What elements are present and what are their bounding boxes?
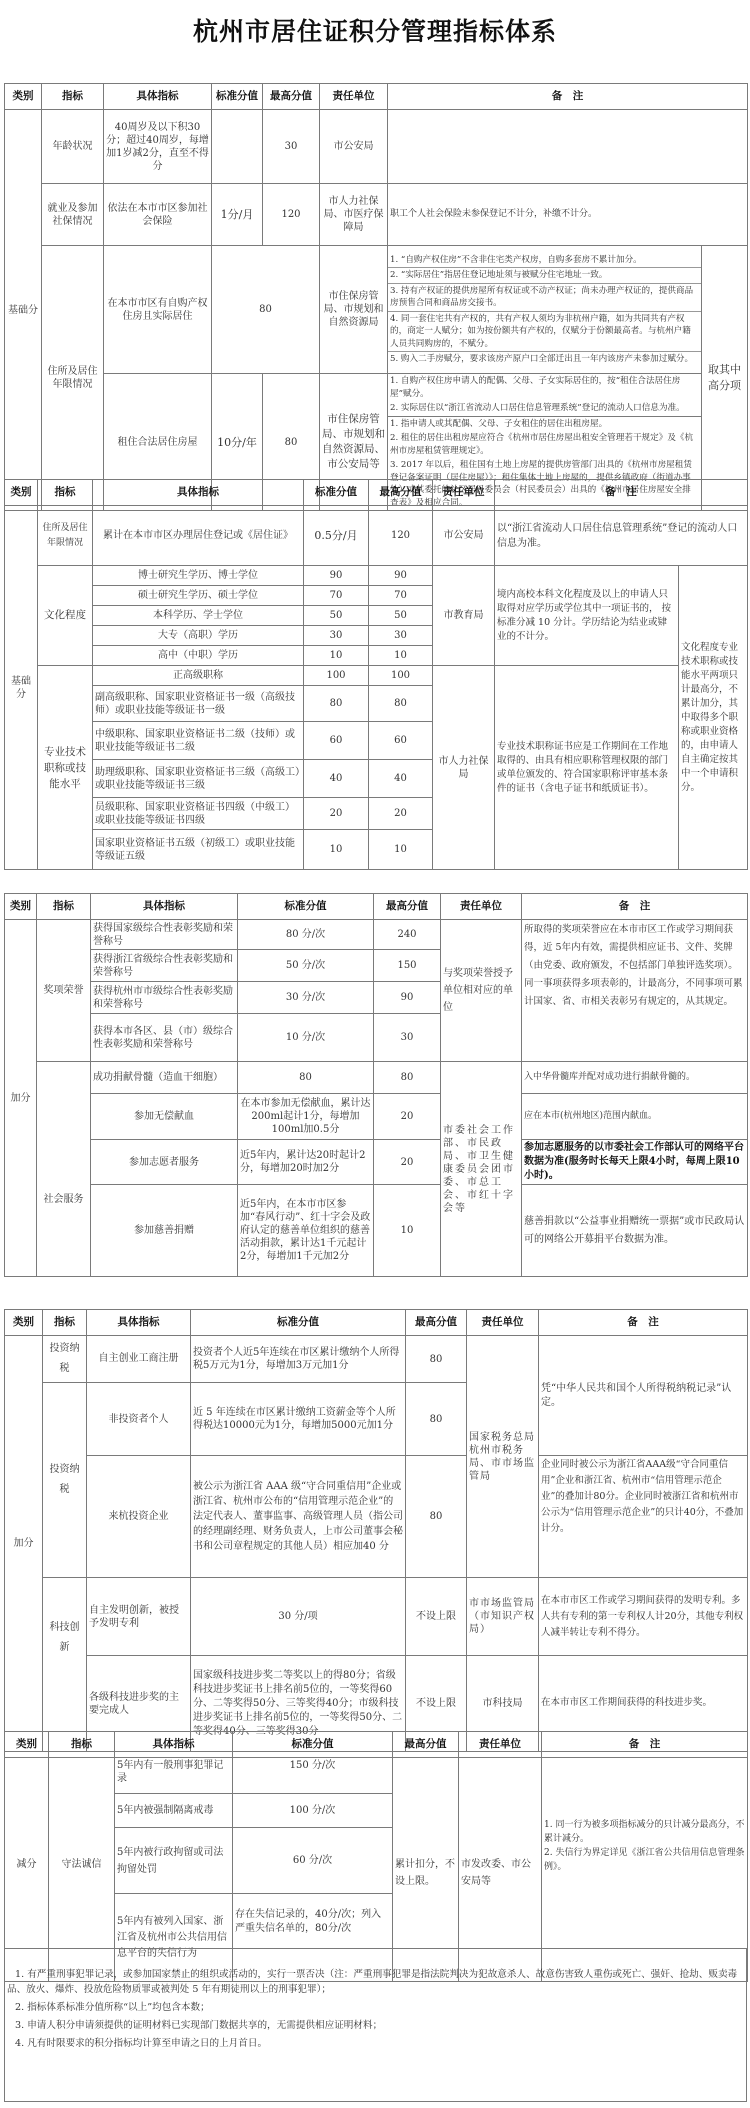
max-cell: 40	[369, 760, 433, 798]
specific-cell: 5年内有一般刑事犯罪记录	[115, 1758, 233, 1794]
standard-cell: 30	[304, 626, 369, 646]
unit-cell: 市教育局	[433, 566, 495, 666]
page-title: 杭州市居住证积分管理指标体系	[0, 12, 750, 48]
footer-note-1: 1. 有严重刑事犯罪记录，或参加国家禁止的组织或活动的，实行一票否决（注：严重刑…	[7, 1967, 744, 1997]
standard-cell: 在本市参加无偿献血，累计达200ml起计1分，每增加100ml加0.5分	[238, 1094, 374, 1140]
max-cell: 150	[374, 950, 441, 982]
specific-cell: 高中（中职）学历	[93, 646, 304, 666]
standard-cell: 40	[304, 760, 369, 798]
specific-cell: 员级职称、国家职业资格证书四级（中级工）或职业技能等级证书四级	[93, 798, 304, 830]
max-cell: 30	[374, 1014, 441, 1062]
max-cell: 80	[406, 1383, 467, 1456]
max-cell: 10	[369, 830, 433, 870]
standard-cell: 50 分/次	[238, 950, 374, 982]
specific-cell: 获得本市各区、县（市）级综合性表彰奖励和荣誉称号	[91, 1014, 238, 1062]
note-item: 4. 同一套住宅共有产权的，共有产权人须均为非杭州户籍，如为共同共有产权的，商定…	[388, 312, 701, 353]
note-item: 2. “实际居住”指居住登记地址须与被赋分住宅地址一致。	[388, 268, 701, 284]
category-cell: 加分	[5, 920, 37, 1277]
standard-cell: 80 分/次	[238, 920, 374, 950]
header-notes: 备 注	[522, 894, 748, 920]
max-cell: 20	[374, 1094, 441, 1140]
header-notes: 备 注	[542, 1732, 748, 1758]
side-note-cell: 取其中高分项	[702, 246, 748, 511]
header-indicator: 指标	[37, 894, 91, 920]
specific-cell: 大专（高职）学历	[93, 626, 304, 646]
notes-cell: 1. 自购产权住房申请人的配偶、父母、子女实际居住的，按“租住合法居住房屋”赋分…	[388, 374, 702, 417]
standard-cell: 近5年内，累计达20时起计2分，每增加20时加2分	[238, 1140, 374, 1185]
specific-cell: 自主创业工商注册	[87, 1336, 191, 1383]
header-unit: 责任单位	[441, 894, 522, 920]
standard-cell: 近5年内，在本市市区参加“春风行动”、红十字会及政府认定的慈善单位组织的慈善活动…	[238, 1185, 374, 1277]
header-unit: 责任单位	[320, 84, 388, 110]
max-cell: 80	[406, 1336, 467, 1383]
specific-cell: 在本市市区有自购产权住房且实际居住	[104, 246, 212, 374]
max-cell: 240	[374, 920, 441, 950]
note-item: 1. 指申请人或其配偶、父母、子女租住的居住出租房屋。	[388, 417, 701, 432]
specific-cell: 硕士研究生学历、硕士学位	[93, 586, 304, 606]
standard-max-cell: 80	[212, 246, 320, 374]
table-header-row: 类别 指标 具体指标 标准分值 最高分值 责任单位 备 注	[5, 894, 748, 920]
table-row: 参加无偿献血 在本市参加无偿献血，累计达200ml起计1分，每增加100ml加0…	[5, 1094, 748, 1140]
max-cell: 20	[369, 798, 433, 830]
header-notes: 备 注	[495, 480, 748, 506]
max-cell: 70	[369, 586, 433, 606]
max-cell: 60	[369, 722, 433, 760]
notes-cell: 应在本市(杭州地区)范围内献血。	[522, 1094, 748, 1140]
standard-cell: 近 5 年连续在市区累计缴纳工资薪金等个人所得税达10000元为1分，每增加50…	[191, 1383, 406, 1456]
category-cell: 基础分	[5, 110, 42, 511]
table-row: 科技创新 自主发明创新，被授予发明专利 30 分/项 不设上限 市市场监管局（市…	[5, 1578, 748, 1656]
header-standard: 标准分值	[233, 1732, 393, 1758]
indicator-cell: 科技创新	[43, 1578, 87, 1752]
header-standard: 标准分值	[238, 894, 374, 920]
indicator-cell: 投资纳税	[43, 1336, 87, 1383]
table-row: 就业及参加社保情况 依法在本市市区参加社会保险 1分/月 120 市人力社保局、…	[5, 184, 748, 246]
indicator-cell: 住所及居住年限情况	[38, 506, 93, 566]
standard-cell: 70	[304, 586, 369, 606]
standard-cell: 100 分/次	[233, 1794, 393, 1828]
table-row: 租住合法居住房屋 10分/年 80 市住保房管局、市规划和自然资源局、市公安局等…	[5, 374, 748, 417]
header-max: 最高分值	[369, 480, 433, 506]
notes-cell: 参加志愿服务的以市委社会工作部认可的网络平台数据为准(服务时长每天上限4小时，每…	[522, 1140, 748, 1185]
specific-cell: 累计在本市市区办理居住登记或《居住证》	[93, 506, 304, 566]
specific-cell: 参加慈善捐赠	[91, 1185, 238, 1277]
table-row: 基础分 年龄状况 40周岁及以下积30分；超过40周岁，每增加1岁减2分，直至不…	[5, 110, 748, 184]
max-cell: 30	[263, 110, 320, 184]
table-row: 社会服务 成功捐献骨髓（造血干细胞） 80 80 市委社会工作部、市民政局、市卫…	[5, 1062, 748, 1094]
notes-cell: 企业同时被公示为浙江省AAA级“守合同重信用”企业和浙江省、杭州市“信用管理示范…	[539, 1456, 748, 1578]
specific-cell: 博士研究生学历、博士学位	[93, 566, 304, 586]
header-indicator: 指标	[43, 1310, 87, 1336]
standard-cell: 20	[304, 798, 369, 830]
specific-cell: 中级职称、国家职业资格证书二级（技师）或职业技能等级证书二级	[93, 722, 304, 760]
max-cell: 50	[369, 606, 433, 626]
standard-cell: 50	[304, 606, 369, 626]
note-item: 1. “自购产权住房”不含非住宅类产权房，自购多套房不累计加分。	[388, 253, 701, 269]
header-unit: 责任单位	[467, 1310, 539, 1336]
unit-cell: 市委社会工作部、市民政局、市卫生健康委员会团市委、市总工会、市红十字会等	[441, 1062, 522, 1277]
table-row: 加分 奖项荣誉 获得国家级综合性表彰奖励和荣誉称号 80 分/次 240 与奖项…	[5, 920, 748, 950]
indicator-cell: 奖项荣誉	[37, 920, 91, 1062]
table-header-row: 类别 指标 具体指标 标准分值 最高分值 责任单位 备 注	[5, 480, 748, 506]
max-cell: 30	[369, 626, 433, 646]
header-max: 最高分值	[393, 1732, 459, 1758]
max-cell: 80	[406, 1456, 467, 1578]
notes-cell: 在本市市区工作或学习期间获得的发明专利。多人共有专利的第一专利权人计20分，其他…	[539, 1578, 748, 1656]
header-notes: 备 注	[388, 84, 748, 110]
header-specific: 具体指标	[115, 1732, 233, 1758]
max-cell: 不设上限	[406, 1578, 467, 1656]
unit-cell: 市公安局	[433, 506, 495, 566]
table-header-row: 类别 指标 具体指标 标准分值 最高分值 责任单位 备 注	[5, 1310, 748, 1336]
standard-cell: 80	[304, 686, 369, 722]
specific-cell: 依法在本市市区参加社会保险	[104, 184, 212, 246]
header-specific: 具体指标	[93, 480, 304, 506]
notes-cell: 凭“中华人民共和国个人所得税纳税记录”认定。	[539, 1336, 748, 1456]
header-max: 最高分值	[263, 84, 320, 110]
standard-cell: 0.5分/月	[304, 506, 369, 566]
header-indicator: 指标	[42, 84, 104, 110]
specific-cell: 成功捐献骨髓（造血干细胞）	[91, 1062, 238, 1094]
header-max: 最高分值	[406, 1310, 467, 1336]
notes-cell: 专业技术职称证书应是工作期间在工作地取得的、由具有相应职称管理权限的部门或单位颁…	[495, 666, 679, 870]
header-max: 最高分值	[374, 894, 441, 920]
specific-cell: 本科学历、学士学位	[93, 606, 304, 626]
table-row: 减分 守法诚信 5年内有一般刑事犯罪记录 150 分/次 累计扣分，不设上限。 …	[5, 1758, 748, 1794]
specific-cell: 5年内被强制隔离戒毒	[115, 1794, 233, 1828]
specific-cell: 参加志愿者服务	[91, 1140, 238, 1185]
unit-cell: 与奖项荣誉授予单位相对应的单位	[441, 920, 522, 1062]
indicator-cell: 投资纳税	[43, 1383, 87, 1578]
table-row: 加分 投资纳税 自主创业工商注册 投资者个人近5年连续在市区累计缴纳个人所得税5…	[5, 1336, 748, 1383]
header-specific: 具体指标	[91, 894, 238, 920]
table-row: 参加志愿者服务 近5年内，累计达20时起计2分，每增加20时加2分 20 参加志…	[5, 1140, 748, 1185]
table-row: 专业技术职称或技能水平 正高级职称 100 100 市人力社保局 专业技术职称证…	[5, 666, 748, 686]
max-cell: 90	[374, 982, 441, 1014]
header-unit: 责任单位	[433, 480, 495, 506]
specific-cell: 5年内被行政拘留或司法拘留处罚	[115, 1828, 233, 1894]
max-cell: 120	[369, 506, 433, 566]
table-header-row: 类别 指标 具体指标 标准分值 最高分值 责任单位 备 注	[5, 1732, 748, 1758]
unit-cell: 市人力社保局、市医疗保障局	[320, 184, 388, 246]
indicator-cell: 社会服务	[37, 1062, 91, 1277]
notes-cell: 入中华骨髓库并配对成功进行捐献骨髓的。	[522, 1062, 748, 1094]
specific-cell: 获得浙江省级综合性表彰奖励和荣誉称号	[91, 950, 238, 982]
header-standard: 标准分值	[191, 1310, 406, 1336]
notes-cell	[388, 110, 748, 184]
max-cell: 80	[374, 1062, 441, 1094]
max-cell: 20	[374, 1140, 441, 1185]
header-indicator: 指标	[49, 1732, 115, 1758]
header-specific: 具体指标	[104, 84, 212, 110]
unit-cell: 市公安局	[320, 110, 388, 184]
table-row: 基础分 住所及居住年限情况 累计在本市市区办理居住登记或《居住证》 0.5分/月…	[5, 506, 748, 566]
header-category: 类别	[5, 480, 38, 506]
note-item: 3. 持有产权证的提供房屋所有权证或不动产权证；尚未办理产权证的，提供商品房预售…	[388, 284, 701, 312]
max-cell: 10	[369, 646, 433, 666]
max-cell: 10	[374, 1185, 441, 1277]
footer-note-3: 3. 申请人积分申请须提供的证明材料已实现部门数据共享的，无需提供相应证明材料；	[7, 2018, 744, 2033]
header-notes: 备 注	[539, 1310, 748, 1336]
standard-cell: 30 分/次	[238, 982, 374, 1014]
table-bonus-score-2: 类别 指标 具体指标 标准分值 最高分值 责任单位 备 注 加分 投资纳税 自主…	[4, 1309, 748, 1752]
header-category: 类别	[5, 894, 37, 920]
notes-cell: 慈善捐款以“公益事业捐赠统一票据”或市民政局认可的网络公开募捐平台数据为准。	[522, 1185, 748, 1277]
header-category: 类别	[5, 1732, 49, 1758]
header-category: 类别	[5, 1310, 43, 1336]
footer-notes: 1. 有严重刑事犯罪记录，或参加国家禁止的组织或活动的，实行一票否决（注：严重刑…	[4, 1948, 747, 2102]
notes-cell: 所取得的奖项荣誉应在本市市区工作或学习期间获得，近 5年内有效，需提供相应证书、…	[522, 920, 748, 1062]
notes-cell: 境内高校本科文化程度及以上的申请人只取得对应学历或学位其中一项证书的， 按标准分…	[495, 566, 679, 666]
header-standard: 标准分值	[304, 480, 369, 506]
header-unit: 责任单位	[459, 1732, 542, 1758]
standard-cell: 1分/月	[212, 184, 263, 246]
side-note-cell: 文化程度专业技术职称或技能水平两项只计最高分，不累计加分，其中取得多个职称或职业…	[679, 566, 748, 870]
note-item: 1. 自购产权住房申请人的配偶、父母、子女实际居住的，按“租住合法居住房屋”赋分…	[388, 374, 701, 401]
standard-cell: 80	[238, 1062, 374, 1094]
table-header-row: 类别 指标 具体指标 标准分值 最高分值 责任单位 备 注	[5, 84, 748, 110]
table-row: 来杭投资企业 被公示为浙江省 AAA 级“守合同重信用”企业或浙江省、杭州市公布…	[5, 1456, 748, 1578]
specific-cell: 获得国家级综合性表彰奖励和荣誉称号	[91, 920, 238, 950]
indicator-cell: 专业技术职称或技能水平	[38, 666, 93, 870]
max-cell: 90	[369, 566, 433, 586]
specific-cell: 正高级职称	[93, 666, 304, 686]
notes-cell: 以“浙江省流动人口居住信息管理系统”登记的流动人口信息为准。	[495, 506, 748, 566]
standard-cell: 被公示为浙江省 AAA 级“守合同重信用”企业或浙江省、杭州市公布的“信用管理示…	[191, 1456, 406, 1578]
specific-cell: 参加无偿献血	[91, 1094, 238, 1140]
indicator-cell: 住所及居住年限情况	[42, 246, 104, 511]
table-basic-score-1: 类别 指标 具体指标 标准分值 最高分值 责任单位 备 注 基础分 年龄状况 4…	[4, 83, 748, 511]
specific-cell: 国家职业资格证书五级（初级工）或职业技能等级证五级	[93, 830, 304, 870]
standard-cell: 10	[304, 830, 369, 870]
table-bonus-score-1: 类别 指标 具体指标 标准分值 最高分值 责任单位 备 注 加分 奖项荣誉 获得…	[4, 893, 748, 1277]
category-cell: 加分	[5, 1336, 43, 1752]
standard-cell: 60 分/次	[233, 1828, 393, 1894]
max-cell: 80	[369, 686, 433, 722]
standard-cell	[212, 110, 263, 184]
unit-cell: 国家税务总局杭州市税务局、市市场监管局	[467, 1336, 539, 1578]
max-cell: 120	[263, 184, 320, 246]
note-item: 2. 租住的居住出租房屋应符合《杭州市居住房屋出租安全管理若干规定》及《杭州市房…	[388, 431, 701, 458]
standard-cell: 投资者个人近5年连续在市区累计缴纳个人所得税5万元为1分，每增加3万元加1分	[191, 1336, 406, 1383]
notes-cell: 职工个人社会保险未参保登记不计分，补缴不计分。	[388, 184, 748, 246]
standard-cell: 60	[304, 722, 369, 760]
table-row: 文化程度 博士研究生学历、博士学位 90 90 市教育局 境内高校本科文化程度及…	[5, 566, 748, 586]
unit-cell: 市住保房管局、市规划和自然资源局	[320, 246, 388, 374]
table-basic-score-2: 类别 指标 具体指标 标准分值 最高分值 责任单位 备 注 基础分 住所及居住年…	[4, 479, 748, 870]
specific-cell: 非投资者个人	[87, 1383, 191, 1456]
table-deduction: 类别 指标 具体指标 标准分值 最高分值 责任单位 备 注 减分 守法诚信 5年…	[4, 1731, 748, 1982]
note-item: 2. 实际居住以“浙江省流动人口居住信息管理系统”登记的流动人口信息为准。	[388, 401, 701, 416]
standard-cell: 90	[304, 566, 369, 586]
header-standard: 标准分值	[212, 84, 263, 110]
specific-cell: 获得杭州市市级综合性表彰奖励和荣誉称号	[91, 982, 238, 1014]
table-row: 参加慈善捐赠 近5年内，在本市市区参加“春风行动”、红十字会及政府认定的慈善单位…	[5, 1185, 748, 1277]
header-category: 类别	[5, 84, 42, 110]
specific-cell: 来杭投资企业	[87, 1456, 191, 1578]
note-item: 5. 购入二手房赋分，要求该房产原户口全部迁出且一年内该房产未参加过赋分。	[388, 352, 701, 367]
category-cell: 基础分	[5, 506, 38, 870]
footer-note-4: 4. 凡有时限要求的积分指标均计算至申请之日的上月首日。	[7, 2036, 744, 2051]
unit-cell: 市市场监管局（市知识产权局）	[467, 1578, 539, 1656]
specific-cell: 自主发明创新，被授予发明专利	[87, 1578, 191, 1656]
standard-cell: 10 分/次	[238, 1014, 374, 1062]
header-specific: 具体指标	[87, 1310, 191, 1336]
indicator-cell: 文化程度	[38, 566, 93, 666]
standard-cell: 150 分/次	[233, 1758, 393, 1794]
standard-cell: 100	[304, 666, 369, 686]
indicator-cell: 年龄状况	[42, 110, 104, 184]
table-row: 住所及居住年限情况 在本市市区有自购产权住房且实际居住 80 市住保房管局、市规…	[5, 246, 748, 374]
max-cell: 100	[369, 666, 433, 686]
specific-cell: 40周岁及以下积30分；超过40周岁，每增加1岁减2分，直至不得分	[104, 110, 212, 184]
specific-cell: 助理级职称、国家职业资格证书三级（高级工）或职业技能等级证书三级	[93, 760, 304, 798]
notes-cell: 1. “自购产权住房”不含非住宅类产权房，自购多套房不累计加分。 2. “实际居…	[388, 246, 702, 374]
specific-cell: 副高级职称、国家职业资格证书一级（高级技师）或职业技能等级证书一级	[93, 686, 304, 722]
standard-cell: 30 分/项	[191, 1578, 406, 1656]
unit-cell: 市人力社保局	[433, 666, 495, 870]
standard-cell: 10	[304, 646, 369, 666]
footer-note-2: 2. 指标体系标准分值所称“以上”均包含本数；	[7, 2000, 744, 2015]
header-indicator: 指标	[38, 480, 93, 506]
indicator-cell: 就业及参加社保情况	[42, 184, 104, 246]
